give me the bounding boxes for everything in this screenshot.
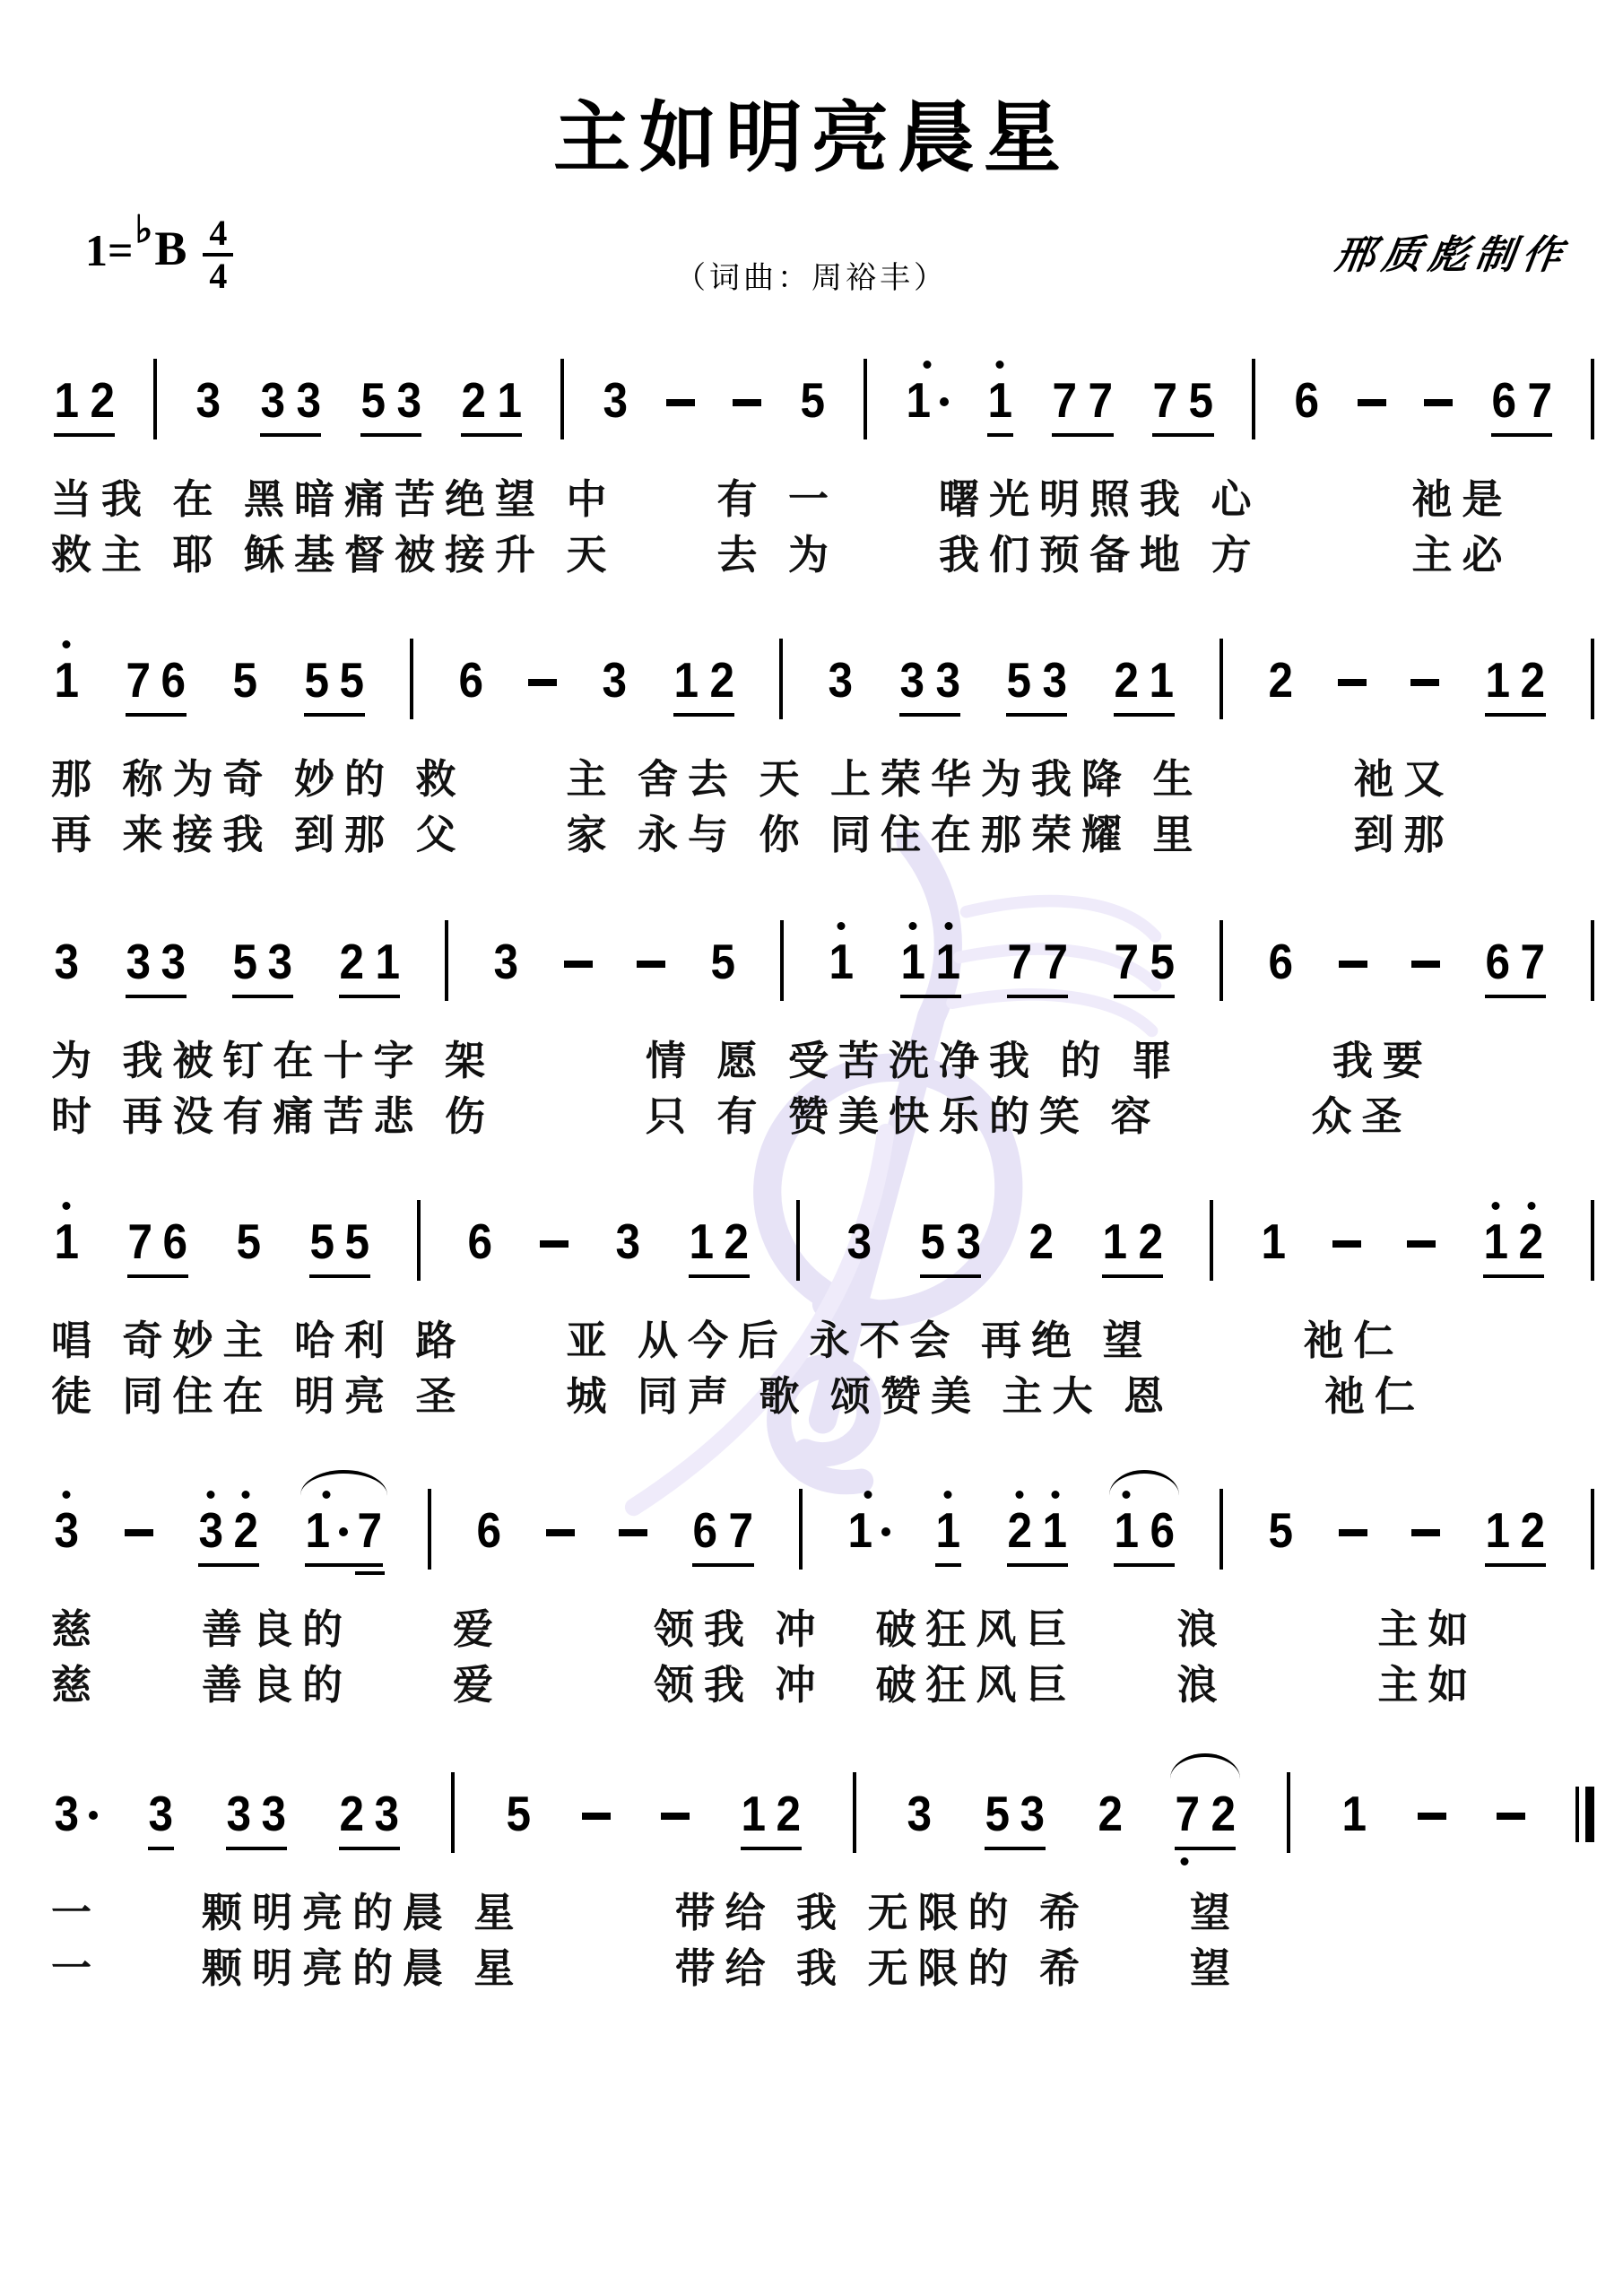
note-number: 2 bbox=[1521, 656, 1546, 705]
note-number: 5 bbox=[710, 937, 735, 987]
note: 5 bbox=[338, 656, 366, 705]
note-group: 77 bbox=[1051, 376, 1114, 425]
note: 3 bbox=[225, 1789, 253, 1839]
note-number: 3 bbox=[268, 937, 293, 987]
note: 1 bbox=[1113, 1506, 1141, 1555]
note: 2 bbox=[1028, 1217, 1055, 1266]
note-group: 1 bbox=[53, 656, 81, 705]
note-group: 55 bbox=[303, 656, 366, 705]
eighth-beam-underline-icon bbox=[304, 713, 365, 717]
note-number: 3 bbox=[956, 1217, 981, 1266]
note-group: 21 bbox=[1113, 656, 1176, 705]
note: 3 bbox=[373, 1789, 401, 1839]
note-group: 3 bbox=[53, 937, 81, 987]
note: 2 bbox=[1267, 656, 1295, 705]
note-group: 53 bbox=[231, 937, 294, 987]
eighth-beam-underline-icon bbox=[987, 433, 1013, 437]
barline-icon bbox=[779, 639, 783, 719]
note: 1 bbox=[934, 937, 962, 987]
note-number: 2 bbox=[1029, 1217, 1055, 1266]
eighth-beam-underline-icon bbox=[689, 1274, 750, 1278]
octave-dot-high-icon bbox=[1051, 1491, 1059, 1499]
duration-dash-icon bbox=[1358, 399, 1386, 406]
note: 2 bbox=[1519, 1506, 1547, 1555]
note-group: 1 bbox=[846, 1506, 891, 1555]
note-number: 1 bbox=[1103, 1217, 1128, 1266]
note-group: 12 bbox=[688, 1217, 751, 1266]
note: 3 bbox=[614, 1217, 642, 1266]
note: 5 bbox=[235, 1217, 263, 1266]
note: 3 bbox=[602, 376, 629, 425]
lyrics-verse-2: 时 再没有痛苦悲 伤 只 有 赞美快乐的笑 容 众圣 bbox=[49, 1089, 1598, 1144]
note: 1 bbox=[986, 376, 1014, 425]
eighth-beam-underline-icon bbox=[920, 1274, 981, 1278]
note-group: 3 bbox=[53, 1789, 98, 1839]
duration-dash-icon bbox=[125, 1529, 153, 1536]
eighth-beam-underline-icon bbox=[1152, 433, 1213, 437]
note-number: 1 bbox=[741, 1789, 766, 1839]
barline-icon bbox=[853, 1772, 856, 1853]
note-group: 53 bbox=[1005, 656, 1068, 705]
note-group: 5 bbox=[709, 937, 737, 987]
note: 1 bbox=[1484, 656, 1512, 705]
system-1: 12333532135117775667 当我 在 黑暗痛苦绝望 中 有 一 曙… bbox=[49, 325, 1598, 583]
note-number: 3 bbox=[262, 1789, 287, 1839]
note-group: 2 bbox=[1028, 1217, 1055, 1266]
note-number: 7 bbox=[729, 1506, 754, 1555]
eighth-beam-underline-icon bbox=[1102, 1274, 1163, 1278]
eighth-beam-underline-icon bbox=[260, 433, 321, 437]
note-number: 7 bbox=[1153, 376, 1178, 425]
note: 1 bbox=[374, 937, 402, 987]
note-number: 7 bbox=[358, 1506, 383, 1555]
note-number: 6 bbox=[468, 1217, 493, 1266]
eighth-beam-underline-icon bbox=[741, 1847, 802, 1850]
note: 7 bbox=[1042, 937, 1070, 987]
barline-icon bbox=[1287, 1772, 1290, 1853]
note-group: 3 bbox=[195, 376, 222, 425]
music-line: 3333235123532721 bbox=[49, 1738, 1598, 1865]
note-number: 6 bbox=[476, 1506, 501, 1555]
note-number: 3 bbox=[226, 1789, 251, 1839]
note: 2 bbox=[1210, 1789, 1237, 1839]
note-group: 75 bbox=[1151, 376, 1214, 425]
duration-dash-icon bbox=[1411, 961, 1440, 968]
note-number: 1 bbox=[55, 1217, 80, 1266]
note-number: 1 bbox=[1483, 1217, 1508, 1266]
note: 7 bbox=[1087, 376, 1115, 425]
note-group: 12 bbox=[1484, 656, 1547, 705]
note: 3 bbox=[160, 937, 187, 987]
eighth-beam-underline-icon bbox=[232, 995, 293, 998]
note: 1 bbox=[1482, 1217, 1510, 1266]
note-number: 7 bbox=[1527, 376, 1552, 425]
note: 3 bbox=[147, 1789, 175, 1839]
note-number: 1 bbox=[829, 937, 855, 987]
barline-icon bbox=[864, 359, 867, 439]
note-group: 3 bbox=[846, 1217, 873, 1266]
duration-dash-icon bbox=[1424, 399, 1453, 406]
note-number: 3 bbox=[198, 1506, 223, 1555]
page-title: 主如明亮晨星 bbox=[0, 75, 1623, 187]
note-group: 1 bbox=[53, 1217, 81, 1266]
note: 6 bbox=[457, 656, 485, 705]
note-group: 2 bbox=[1267, 656, 1295, 705]
duration-dash-icon bbox=[1332, 1240, 1361, 1248]
octave-dot-low-icon bbox=[1181, 1857, 1189, 1865]
note: 2 bbox=[1097, 1789, 1124, 1839]
note-group: 6 bbox=[475, 1506, 503, 1555]
note-number: 3 bbox=[161, 937, 187, 987]
note: 5 bbox=[360, 376, 387, 425]
lyrics-verse-2: 再 来接我 到那 父 家 永与 你 同住在那荣耀 里 到那 bbox=[49, 807, 1598, 863]
augmentation-dot-icon bbox=[940, 397, 949, 406]
note: 3 bbox=[53, 937, 81, 987]
octave-dot-high-icon bbox=[944, 922, 952, 930]
octave-dot-high-icon bbox=[996, 361, 1004, 369]
augmentation-dot-icon bbox=[339, 1527, 348, 1536]
note-number: 3 bbox=[616, 1217, 641, 1266]
barline-icon bbox=[1591, 1200, 1594, 1281]
note-number: 3 bbox=[829, 656, 854, 705]
note: 2 bbox=[723, 1217, 751, 1266]
note-number: 3 bbox=[55, 1506, 80, 1555]
barline-icon bbox=[1591, 920, 1594, 1001]
music-line: 3335321351117775667 bbox=[49, 886, 1598, 1013]
note-number: 7 bbox=[1043, 937, 1068, 987]
note-number: 2 bbox=[777, 1789, 802, 1839]
note-group: 33 bbox=[125, 937, 187, 987]
note: 7 bbox=[1519, 937, 1547, 987]
note-number: 1 bbox=[906, 376, 931, 425]
eighth-beam-underline-icon bbox=[1007, 1563, 1068, 1567]
barline-icon bbox=[417, 1200, 421, 1281]
note-number: 5 bbox=[304, 656, 329, 705]
note: 1 bbox=[1148, 656, 1176, 705]
note-number: 1 bbox=[936, 1506, 961, 1555]
note: 7 bbox=[356, 1506, 384, 1555]
note-group: 55 bbox=[308, 1217, 371, 1266]
duration-dash-icon bbox=[1418, 1813, 1446, 1820]
lyrics-verse-1: 唱 奇妙主 哈利 路 亚 从今后 永不会 再绝 望 祂仁 bbox=[49, 1313, 1598, 1369]
note: 2 bbox=[338, 1789, 366, 1839]
note-number: 2 bbox=[339, 1789, 364, 1839]
note-number: 1 bbox=[1043, 1506, 1068, 1555]
note-number: 1 bbox=[1485, 1506, 1510, 1555]
system-5: 33217667112116512 慈 善良的 爱 领我 冲 破狂风巨 浪 主如… bbox=[49, 1455, 1598, 1713]
note-number: 1 bbox=[674, 656, 699, 705]
eighth-beam-underline-icon bbox=[1491, 433, 1552, 437]
duration-dash-icon bbox=[1411, 1529, 1440, 1536]
octave-dot-high-icon bbox=[63, 640, 71, 648]
lyrics-verse-1: 为 我被钉在十字 架 情 愿 受苦洗净我 的 罪 我要 bbox=[49, 1033, 1598, 1089]
note-number: 2 bbox=[1519, 1217, 1544, 1266]
note: 6 bbox=[466, 1217, 494, 1266]
note: 3 bbox=[898, 656, 926, 705]
note-number: 6 bbox=[1269, 937, 1294, 987]
note-group: 1 bbox=[905, 376, 950, 425]
lyrics-verse-1: 那 称为奇 妙的 救 主 舍去 天 上荣华为我降 生 祂又 bbox=[49, 752, 1598, 807]
octave-dot-high-icon bbox=[909, 922, 917, 930]
note-group: 3 bbox=[147, 1789, 175, 1839]
note-group: 6 bbox=[1267, 937, 1295, 987]
duration-dash-icon bbox=[1338, 679, 1367, 686]
note: 3 bbox=[492, 937, 520, 987]
eighth-beam-underline-icon bbox=[1485, 713, 1546, 717]
note-number: 5 bbox=[1189, 376, 1214, 425]
eighth-beam-underline-icon bbox=[126, 713, 187, 717]
note-number: 3 bbox=[261, 376, 286, 425]
note: 6 bbox=[161, 1217, 189, 1266]
note-number: 7 bbox=[1521, 937, 1546, 987]
note: 3 bbox=[53, 1789, 98, 1839]
note-number: 1 bbox=[900, 937, 925, 987]
note-group: 21 bbox=[1006, 1506, 1069, 1555]
note-group: 6 bbox=[1293, 376, 1321, 425]
system-4: 1765556312353212112 唱 奇妙主 哈利 路 亚 从今后 永不会… bbox=[49, 1166, 1598, 1424]
note: 6 bbox=[475, 1506, 503, 1555]
note-number: 3 bbox=[1042, 656, 1067, 705]
note-number: 5 bbox=[340, 656, 365, 705]
eighth-beam-underline-icon bbox=[1485, 1563, 1546, 1567]
note-number: 6 bbox=[161, 656, 187, 705]
note: 2 bbox=[1113, 656, 1141, 705]
note: 2 bbox=[775, 1789, 803, 1839]
eighth-beam-underline-icon bbox=[198, 1563, 259, 1567]
eighth-beam-underline-icon bbox=[1485, 995, 1546, 998]
final-barline-icon bbox=[1575, 1787, 1594, 1842]
eighth-beam-underline-icon bbox=[985, 1847, 1046, 1850]
note-group: 2 bbox=[1097, 1789, 1124, 1839]
note-group: 1 bbox=[828, 937, 855, 987]
note-number: 5 bbox=[361, 376, 386, 425]
note: 5 bbox=[231, 937, 259, 987]
note-group: 67 bbox=[691, 1506, 754, 1555]
music-line: 33217667112116512 bbox=[49, 1455, 1598, 1582]
eighth-beam-underline-icon bbox=[935, 1563, 961, 1567]
note-group: 1 bbox=[986, 376, 1014, 425]
note: 3 bbox=[260, 1789, 288, 1839]
note-number: 1 bbox=[375, 937, 400, 987]
note-number: 1 bbox=[988, 376, 1013, 425]
duration-dash-icon bbox=[619, 1529, 647, 1536]
note-group: 53 bbox=[984, 1789, 1046, 1839]
note: 5 bbox=[343, 1217, 371, 1266]
note-group: 21 bbox=[460, 376, 523, 425]
note: 7 bbox=[1006, 937, 1034, 987]
note: 6 bbox=[160, 656, 187, 705]
arranger-credit: 邢质彪制作 bbox=[1332, 222, 1574, 280]
note-group: 3 bbox=[827, 656, 855, 705]
duration-dash-icon bbox=[733, 399, 761, 406]
note-number: 5 bbox=[1150, 937, 1175, 987]
note: 1 bbox=[1484, 1506, 1512, 1555]
note: 7 bbox=[1526, 376, 1554, 425]
note: 3 bbox=[395, 376, 423, 425]
note-group: 5 bbox=[505, 1789, 533, 1839]
note-group: 12 bbox=[673, 656, 735, 705]
note: 1 bbox=[740, 1789, 768, 1839]
note-number: 7 bbox=[1053, 376, 1078, 425]
eighth-beam-underline-icon bbox=[1114, 713, 1175, 717]
note-number: 3 bbox=[603, 376, 628, 425]
note-number: 3 bbox=[907, 1789, 933, 1839]
note: 3 bbox=[846, 1217, 873, 1266]
note-number: 5 bbox=[800, 376, 825, 425]
note: 1 bbox=[1260, 1217, 1288, 1266]
note-group: 16 bbox=[1113, 1506, 1176, 1555]
note-number: 7 bbox=[1007, 937, 1032, 987]
note-number: 1 bbox=[1150, 656, 1175, 705]
note-group: 3 bbox=[492, 937, 520, 987]
eighth-beam-underline-icon bbox=[673, 713, 734, 717]
note-group: 53 bbox=[360, 376, 422, 425]
note-number: 1 bbox=[936, 937, 961, 987]
note: 2 bbox=[460, 376, 488, 425]
barline-icon bbox=[1252, 359, 1255, 439]
note: 5 bbox=[709, 937, 737, 987]
note: 3 bbox=[53, 1506, 81, 1555]
note-number: 3 bbox=[55, 1789, 80, 1839]
note-number: 1 bbox=[1114, 1506, 1139, 1555]
eighth-beam-underline-icon bbox=[1006, 713, 1067, 717]
note: 1 bbox=[53, 1217, 81, 1266]
note: 1 bbox=[304, 1506, 349, 1555]
note-number: 7 bbox=[1176, 1789, 1201, 1839]
octave-dot-high-icon bbox=[322, 1491, 330, 1499]
barline-icon bbox=[1219, 920, 1223, 1001]
barline-icon bbox=[445, 920, 448, 1001]
barline-icon bbox=[1219, 639, 1223, 719]
barline-icon bbox=[1591, 359, 1594, 439]
note: 5 bbox=[1187, 376, 1215, 425]
note: 7 bbox=[1151, 376, 1179, 425]
barline-thin-icon bbox=[1575, 1787, 1579, 1842]
note: 7 bbox=[125, 656, 152, 705]
note-number: 3 bbox=[126, 937, 151, 987]
note-number: 2 bbox=[1521, 1506, 1546, 1555]
note: 3 bbox=[827, 656, 855, 705]
note: 7 bbox=[1051, 376, 1079, 425]
note: 5 bbox=[1005, 656, 1033, 705]
octave-dot-high-icon bbox=[1527, 1202, 1535, 1210]
note-number: 7 bbox=[1089, 376, 1114, 425]
eighth-beam-underline-icon bbox=[309, 1274, 370, 1278]
note-group: 33 bbox=[898, 656, 961, 705]
note: 5 bbox=[231, 656, 259, 705]
eighth-beam-underline-icon bbox=[1114, 995, 1175, 998]
note-number: 1 bbox=[847, 1506, 872, 1555]
note: 5 bbox=[1267, 1506, 1295, 1555]
note-number: 5 bbox=[309, 1217, 334, 1266]
note: 3 bbox=[1041, 656, 1069, 705]
note-number: 1 bbox=[1485, 656, 1510, 705]
barline-thick-icon bbox=[1585, 1787, 1594, 1842]
barline-icon bbox=[560, 359, 564, 439]
note-number: 2 bbox=[1007, 1506, 1032, 1555]
note-group: 3 bbox=[602, 376, 629, 425]
note: 1 bbox=[828, 937, 855, 987]
note-group: 6 bbox=[466, 1217, 494, 1266]
eighth-beam-underline-icon bbox=[692, 1563, 753, 1567]
note-number: 2 bbox=[234, 1506, 259, 1555]
note: 1 bbox=[53, 376, 81, 425]
note: 1 bbox=[53, 656, 81, 705]
eighth-beam-underline-icon bbox=[127, 1274, 188, 1278]
note-group: 1 bbox=[934, 1506, 962, 1555]
note-number: 3 bbox=[935, 656, 960, 705]
note: 6 bbox=[1149, 1506, 1176, 1555]
octave-dot-high-icon bbox=[1491, 1202, 1499, 1210]
tie-arc-icon bbox=[1109, 1470, 1179, 1497]
note-number: 6 bbox=[693, 1506, 718, 1555]
eighth-beam-underline-icon bbox=[461, 433, 522, 437]
note-number: 6 bbox=[163, 1217, 188, 1266]
note-group: 21 bbox=[338, 937, 401, 987]
note: 6 bbox=[1484, 937, 1512, 987]
note-number: 3 bbox=[296, 376, 321, 425]
octave-dot-high-icon bbox=[63, 1491, 71, 1499]
note: 5 bbox=[799, 376, 827, 425]
note: 5 bbox=[505, 1789, 533, 1839]
octave-dot-high-icon bbox=[1123, 1491, 1131, 1499]
note-number: 5 bbox=[506, 1789, 531, 1839]
note: 7 bbox=[126, 1217, 154, 1266]
note-number: 5 bbox=[237, 1217, 262, 1266]
note-number: 5 bbox=[921, 1217, 946, 1266]
octave-dot-high-icon bbox=[1016, 1491, 1024, 1499]
note-number: 6 bbox=[1150, 1506, 1175, 1555]
barline-icon bbox=[1591, 639, 1594, 719]
note-number: 3 bbox=[1020, 1789, 1046, 1839]
duration-dash-icon bbox=[1497, 1813, 1525, 1820]
note-number: 6 bbox=[458, 656, 483, 705]
note-group: 3 bbox=[614, 1217, 642, 1266]
eighth-beam-underline-icon bbox=[339, 995, 400, 998]
note-group: 3 bbox=[906, 1789, 933, 1839]
note-group: 67 bbox=[1484, 937, 1547, 987]
note-number: 2 bbox=[462, 376, 487, 425]
eighth-beam-underline-icon bbox=[126, 995, 187, 998]
barline-icon bbox=[153, 359, 157, 439]
note: 5 bbox=[1149, 937, 1176, 987]
note-number: 3 bbox=[900, 656, 925, 705]
octave-dot-high-icon bbox=[944, 1491, 952, 1499]
duration-dash-icon bbox=[666, 399, 695, 406]
note-number: 7 bbox=[126, 656, 151, 705]
note: 3 bbox=[1019, 1789, 1046, 1839]
note-number: 3 bbox=[847, 1217, 872, 1266]
note-number: 6 bbox=[1492, 376, 1517, 425]
note-number: 1 bbox=[1261, 1217, 1286, 1266]
note: 1 bbox=[1101, 1217, 1129, 1266]
lyrics-verse-2: 徒 同住在 明亮 圣 城 同声 歌 颂赞美 主大 恩 祂仁 bbox=[49, 1369, 1598, 1424]
lyrics-verse-2: 救主 耶 稣基督被接升 天 去 为 我们预备地 方 主必 bbox=[49, 527, 1598, 583]
eighth-beam-underline-icon bbox=[339, 1847, 400, 1850]
eighth-beam-underline-icon bbox=[1007, 995, 1068, 998]
note: 2 bbox=[1006, 1506, 1034, 1555]
system-2: 17655563123335321212 那 称为奇 妙的 救 主 舍去 天 上… bbox=[49, 604, 1598, 863]
note-group: 67 bbox=[1490, 376, 1553, 425]
note: 1 bbox=[1041, 1506, 1069, 1555]
note-number: 5 bbox=[1269, 1506, 1294, 1555]
duration-dash-icon bbox=[1407, 1240, 1436, 1248]
music-line: 1765556312353212112 bbox=[49, 1166, 1598, 1293]
note-group: 6 bbox=[457, 656, 485, 705]
note-group: 32 bbox=[197, 1506, 260, 1555]
barline-icon bbox=[799, 1489, 803, 1570]
lyrics-verse-2: 一 颗明亮的晨 星 带给 我 无限的 希 望 bbox=[49, 1941, 1598, 1996]
